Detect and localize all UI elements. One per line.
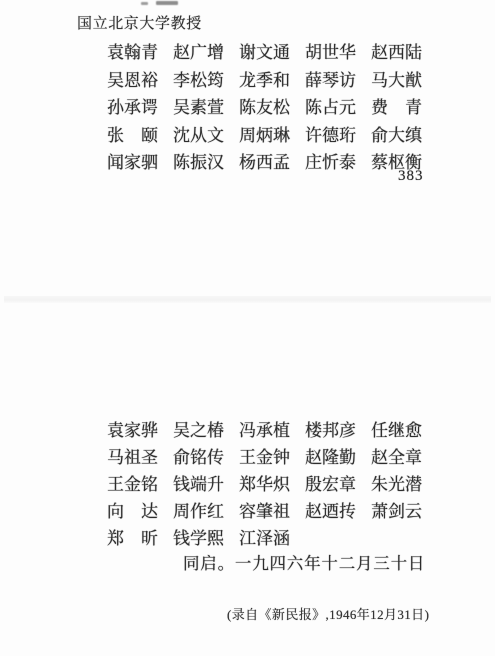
professor-name: 马祖圣 bbox=[107, 444, 159, 471]
professor-name: 冯承植 bbox=[239, 417, 291, 444]
professor-name: 钱端升 bbox=[173, 471, 225, 498]
professor-row: 吴恩裕李松筠龙季和薛琴访马大猷 bbox=[107, 67, 437, 95]
professor-row: 张 颐沈从文周炳琳许德珩俞大缜 bbox=[107, 122, 437, 150]
professor-row: 孙承谔吴素萱陈友松陈占元费 青 bbox=[107, 94, 437, 122]
professor-name: 赵迺抟 bbox=[305, 498, 357, 525]
professor-name: 江泽涵 bbox=[239, 525, 291, 552]
scanned-document-page: 国立北京大学教授 袁翰青赵广增谢文通胡世华赵西陆 吴恩裕李松筠龙季和薛琴访马大猷… bbox=[0, 0, 495, 656]
professor-name: 张 颐 bbox=[107, 122, 159, 150]
closing-line: 同启。一九四六年十二月三十日 bbox=[183, 550, 425, 574]
professor-name: 郑 昕 bbox=[107, 525, 159, 552]
professor-name: 吴恩裕 bbox=[107, 67, 159, 95]
professor-name: 萧剑云 bbox=[371, 498, 423, 525]
professor-name: 吴之椿 bbox=[173, 417, 225, 444]
page-title: 国立北京大学教授 bbox=[77, 12, 202, 33]
professor-name: 赵广增 bbox=[173, 39, 225, 67]
professor-row: 王金铭钱端升郑华炽殷宏章朱光潜 bbox=[107, 471, 437, 498]
page-number: 383 bbox=[398, 168, 424, 185]
source-citation: (录自《新民报》,1946年12月31日) bbox=[227, 604, 429, 623]
professor-name: 沈从文 bbox=[173, 122, 225, 150]
professor-name: 龙季和 bbox=[239, 67, 291, 95]
professor-name: 赵隆勤 bbox=[305, 444, 357, 471]
scan-artifact bbox=[156, 1, 178, 5]
professor-list-top: 袁翰青赵广增谢文通胡世华赵西陆 吴恩裕李松筠龙季和薛琴访马大猷 孙承谔吴素萱陈友… bbox=[107, 39, 437, 177]
professor-name: 赵全章 bbox=[371, 444, 423, 471]
professor-name: 马大猷 bbox=[371, 67, 423, 95]
professor-row: 袁家骅吴之椿冯承植楼邦彦任继愈 bbox=[107, 417, 437, 444]
professor-name: 赵西陆 bbox=[371, 39, 423, 67]
professor-name: 胡世华 bbox=[305, 39, 357, 67]
professor-name: 容肇祖 bbox=[239, 498, 291, 525]
professor-row: 闻家驷陈振汉杨西孟庄忻泰蔡枢衡 bbox=[107, 149, 437, 177]
professor-name: 王金钟 bbox=[239, 444, 291, 471]
professor-row: 袁翰青赵广增谢文通胡世华赵西陆 bbox=[107, 39, 437, 67]
professor-row: 马祖圣俞铭传王金钟赵隆勤赵全章 bbox=[107, 444, 437, 471]
professor-name: 楼邦彦 bbox=[305, 417, 357, 444]
professor-name: 钱学熙 bbox=[173, 525, 225, 552]
professor-name: 孙承谔 bbox=[107, 94, 159, 122]
professor-name: 谢文通 bbox=[239, 39, 291, 67]
professor-name: 袁家骅 bbox=[107, 417, 159, 444]
professor-row: 向 达周作红容肇祖赵迺抟萧剑云 bbox=[107, 498, 437, 525]
professor-name: 殷宏章 bbox=[305, 471, 357, 498]
professor-name: 费 青 bbox=[371, 94, 423, 122]
professor-name: 闻家驷 bbox=[107, 149, 159, 177]
professor-name: 周炳琳 bbox=[239, 122, 291, 150]
professor-name: 杨西孟 bbox=[239, 149, 291, 177]
professor-name: 许德珩 bbox=[305, 122, 357, 150]
page-seam-divider bbox=[4, 296, 491, 303]
professor-name: 薛琴访 bbox=[305, 67, 357, 95]
professor-name: 陈振汉 bbox=[173, 149, 225, 177]
professor-list-bottom: 袁家骅吴之椿冯承植楼邦彦任继愈 马祖圣俞铭传王金钟赵隆勤赵全章 王金铭钱端升郑华… bbox=[107, 417, 437, 552]
professor-name: 任继愈 bbox=[371, 417, 423, 444]
professor-name: 李松筠 bbox=[173, 67, 225, 95]
scan-artifact bbox=[141, 2, 148, 5]
professor-name: 向 达 bbox=[107, 498, 159, 525]
professor-name: 俞铭传 bbox=[173, 444, 225, 471]
professor-name: 朱光潜 bbox=[371, 471, 423, 498]
professor-row: 郑 昕钱学熙江泽涵 bbox=[107, 525, 437, 552]
professor-name: 陈友松 bbox=[239, 94, 291, 122]
professor-name: 郑华炽 bbox=[239, 471, 291, 498]
professor-name: 俞大缜 bbox=[371, 122, 423, 150]
professor-name: 庄忻泰 bbox=[305, 149, 357, 177]
professor-name: 吴素萱 bbox=[173, 94, 225, 122]
professor-name: 周作红 bbox=[173, 498, 225, 525]
professor-name: 袁翰青 bbox=[107, 39, 159, 67]
professor-name: 王金铭 bbox=[107, 471, 159, 498]
professor-name: 陈占元 bbox=[305, 94, 357, 122]
